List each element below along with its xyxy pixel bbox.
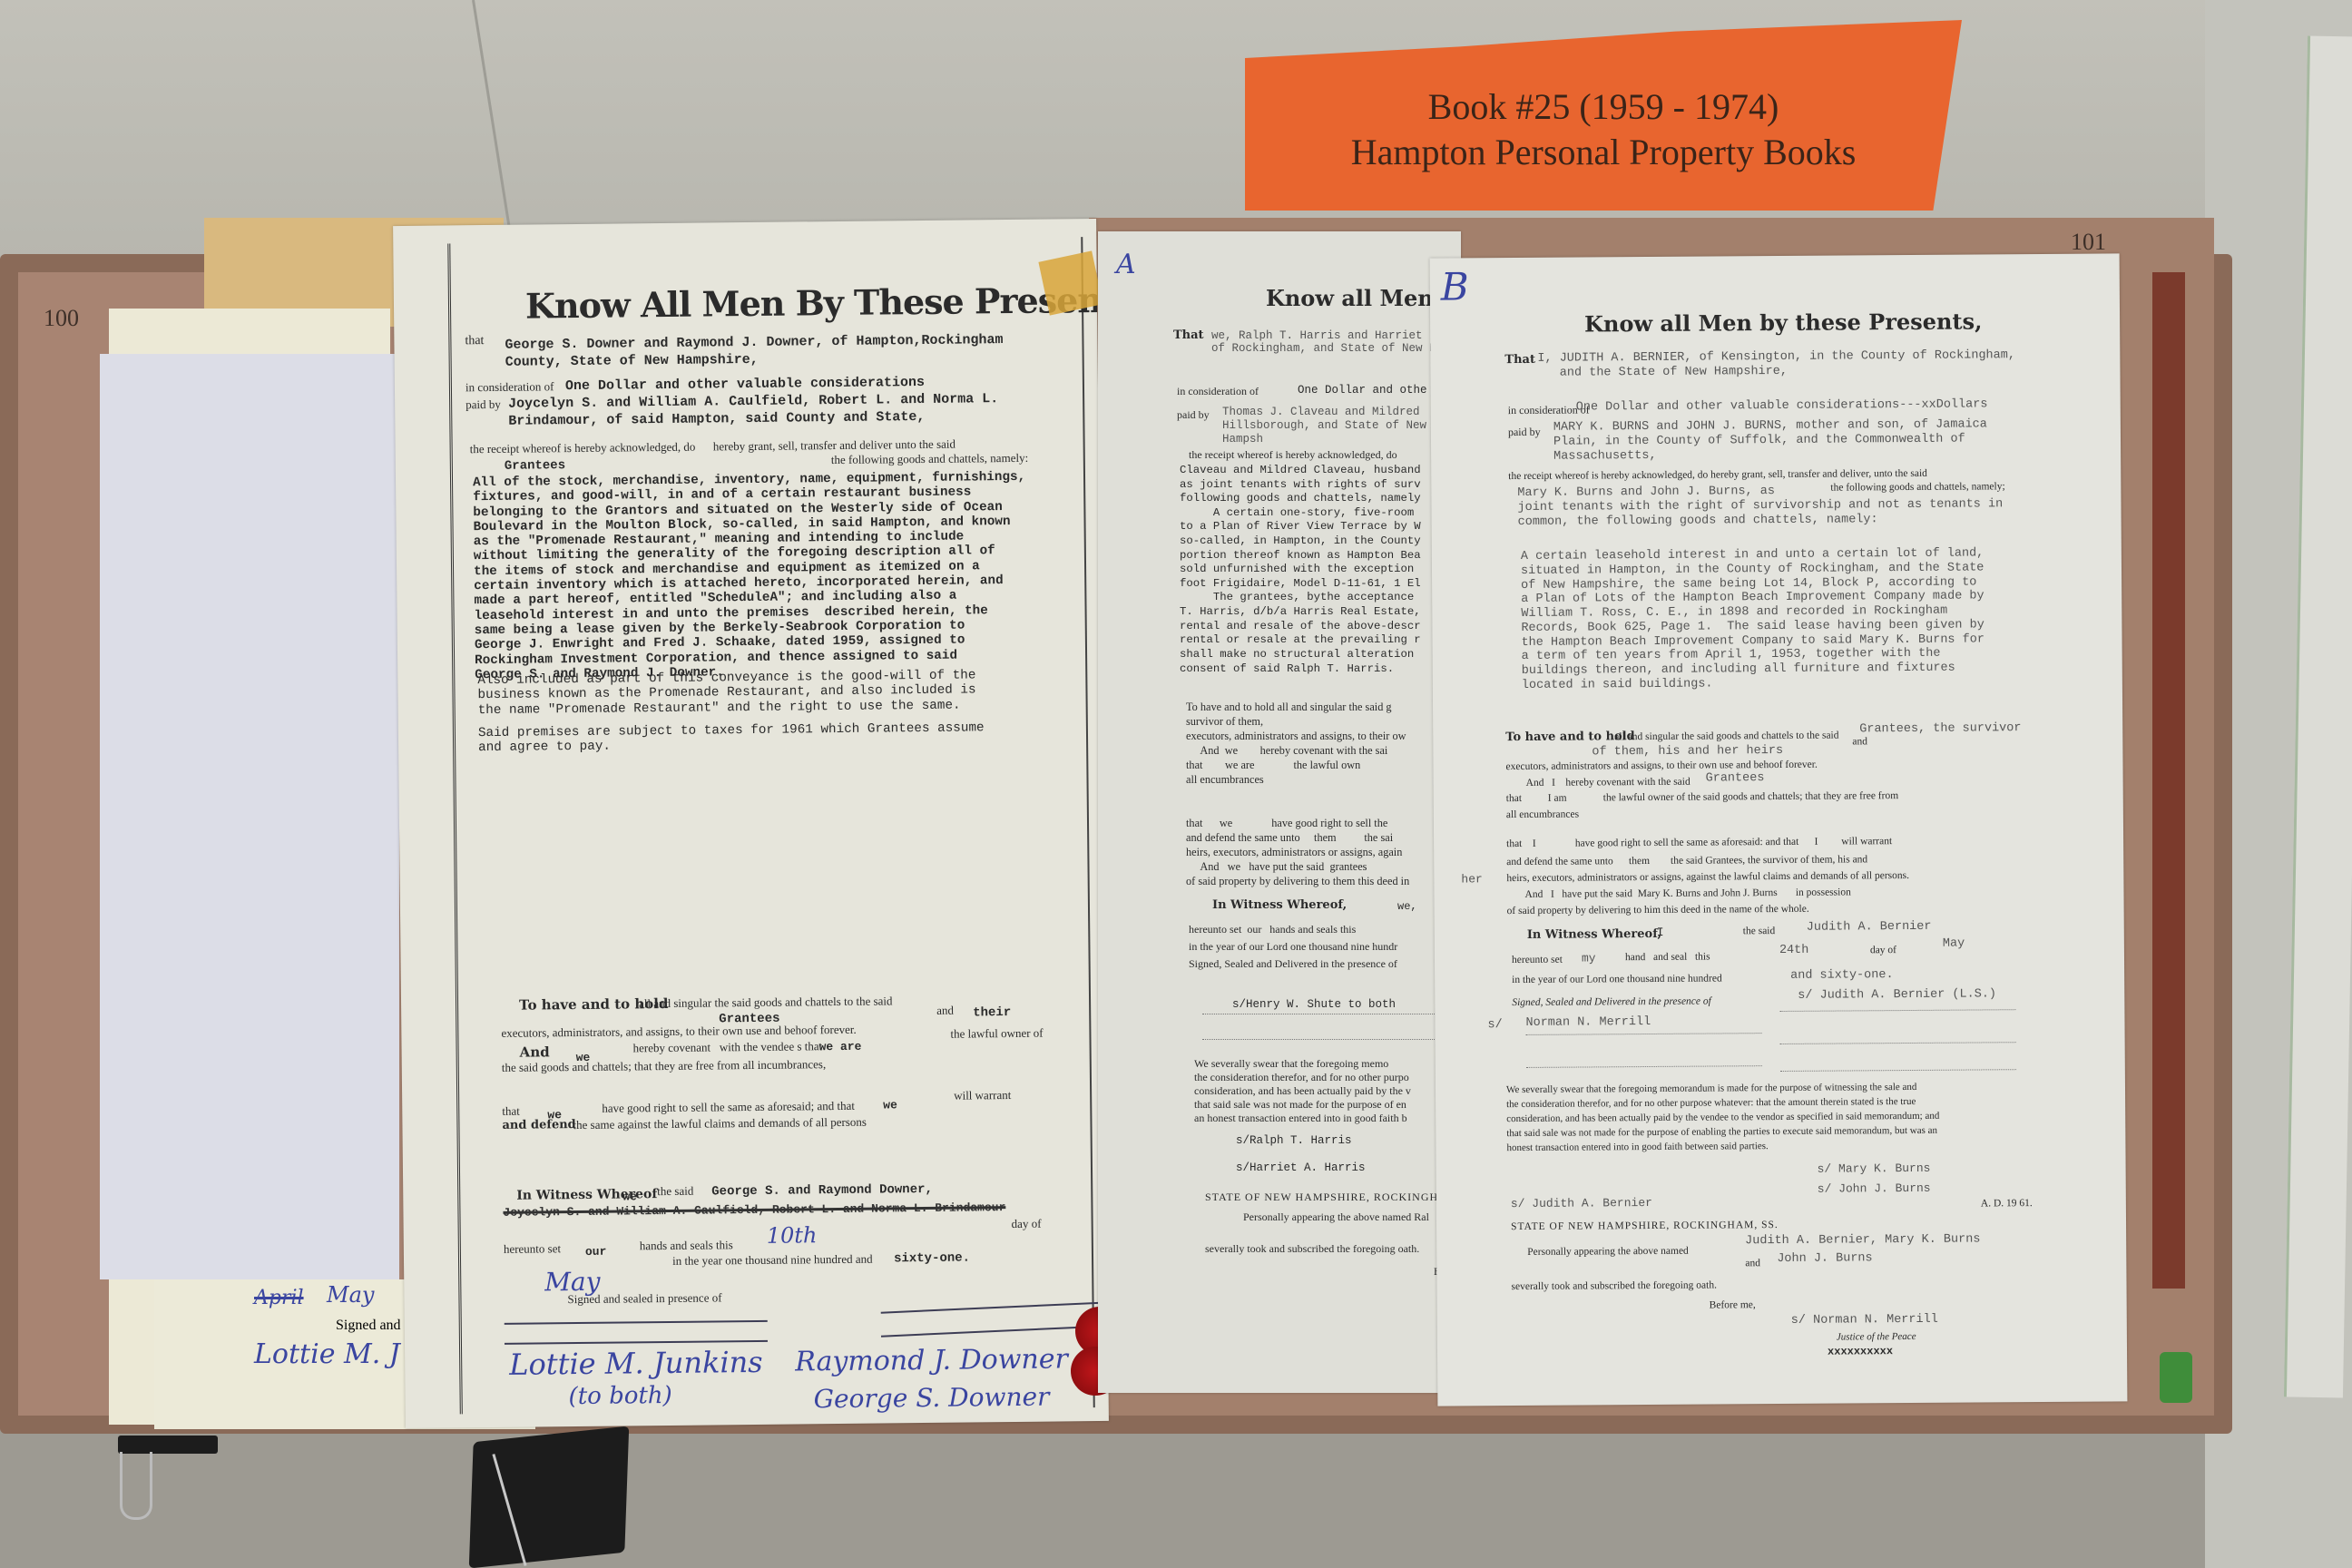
habendum-line2: executors, administrators and assigns, t… <box>1505 759 1817 774</box>
grantees-names: Thomas J. Claveau and Mildred Hillsborou… <box>1222 406 1461 446</box>
oath-took: severally took and subscribed the forego… <box>1205 1243 1419 1256</box>
ad-year: A. D. 19 61. <box>1981 1198 2033 1210</box>
grantor: I, JUDITH A. BERNIER, of Kensington, in … <box>1537 348 2015 382</box>
witness-we: we <box>622 1191 637 1204</box>
grantor-signature: s/ Judith A. Bernier (L.S.) <box>1798 987 1996 1003</box>
property-description: A certain leasehold interest in and unto… <box>1521 546 1984 692</box>
book-label-title: Book #25 (1959 - 1974) <box>1245 85 1962 128</box>
book-label-subtitle: Hampton Personal Property Books <box>1245 131 1962 173</box>
consideration-amount: One Dollar and othe <box>1298 384 1427 397</box>
hand-seal: hand and seal this <box>1625 952 1710 965</box>
paid-by-label: paid by <box>1177 409 1210 422</box>
and-defend: and defend <box>502 1119 575 1133</box>
that-label: that <box>465 334 484 348</box>
habendum-typed2: of them, his and her heirs <box>1592 744 1783 759</box>
hands-seals: hands and seals this <box>640 1239 733 1253</box>
appearing-text: Personally appearing the above named Ral <box>1243 1211 1429 1224</box>
taxes-clause: Said premises are subject to taxes for 1… <box>478 720 985 755</box>
year-text: in the year one thousand nine hundred an… <box>672 1253 873 1269</box>
habendum-clause: To have and to hold all and singular the… <box>1186 701 1409 889</box>
habendum-and: and <box>1852 736 1867 748</box>
signed-sealed-delivered: Signed, Sealed and Delivered in the pres… <box>1512 996 1711 1010</box>
habendum-their: their <box>973 1005 1011 1021</box>
witness-my: my <box>1582 952 1596 965</box>
struck-month: April <box>254 1287 304 1309</box>
left-page-number: 100 <box>44 305 79 332</box>
appearing-name2: John J. Burns <box>1777 1251 1872 1266</box>
consideration-label: in consideration of <box>465 380 554 395</box>
oath-signature-1: s/ Mary K. Burns <box>1818 1162 1931 1177</box>
deed-a-harris: A Know all Men That we, Ralph T. Harris … <box>1098 231 1461 1393</box>
warrant-line: that I have good right to sell the same … <box>1506 836 1892 850</box>
warrant-that: that <box>502 1105 520 1119</box>
state-venue: STATE OF NEW HAMPSHIRE, ROCKINGHA <box>1205 1191 1447 1204</box>
warrant-have: have good right to sell the same as afor… <box>602 1100 855 1116</box>
day-of: day of <box>1870 945 1896 956</box>
witness-prefix: s/ <box>1487 1018 1502 1033</box>
deed-a-title: Know all Men <box>1266 286 1434 311</box>
grantees-word: Grantees <box>505 458 565 474</box>
year-typed: sixty-one. <box>894 1250 970 1266</box>
green-page-tab <box>2160 1352 2192 1403</box>
signed-sealed-label: Signed and sealed in presence of <box>567 1291 721 1307</box>
habendum-her: her <box>1461 873 1483 887</box>
goods-text: the following goods and chattels, namely… <box>831 452 1028 467</box>
witness-names: George S. and Raymond Downer, <box>711 1182 933 1200</box>
grantees-names: MARY K. BURNS and JOHN J. BURNS, mother … <box>1553 417 1987 464</box>
tenancy-clause: joint tenants with the right of survivor… <box>1517 497 2003 530</box>
consideration-amount: One Dollar and other valuable considerat… <box>1576 397 1988 415</box>
grantor-signature-1: s/Ralph T. Harris <box>1236 1134 1352 1147</box>
receipt-text: the receipt whereof is hereby acknowledg… <box>1508 468 1927 483</box>
receipt-text: the receipt whereof is hereby acknowledg… <box>1189 449 1397 462</box>
heirs-line: heirs, executors, administrators or assi… <box>1506 870 1909 885</box>
witness-lead: In Witness Whereof, <box>1212 899 1347 913</box>
binder-clip-left <box>118 1436 218 1454</box>
deed-b-bernier: B Know all Men by these Presents, That I… <box>1430 253 2128 1406</box>
right-page-number: 101 <box>2071 229 2106 256</box>
grantees-line: Mary K. Burns and John J. Burns, as <box>1517 485 1775 500</box>
appearing-text: Personally appearing the above named <box>1527 1246 1689 1259</box>
witness-year: and sixty-one. <box>1790 968 1894 983</box>
defend-line: and defend the same unto them the said G… <box>1506 854 1867 868</box>
struck-notary-title: xxxxxxxxxx <box>1828 1346 1893 1358</box>
witness-we: we, <box>1397 901 1417 914</box>
that-label: That <box>1173 329 1204 343</box>
deed-title: Know All Men By These Presents <box>525 280 1109 327</box>
binder-clip-center <box>469 1426 630 1568</box>
witness-signature-partial: Lottie M. J <box>254 1339 400 1371</box>
consideration-label: in consideration of <box>1177 386 1259 398</box>
deed-promenade-restaurant: Know All Men By These Presents that Geor… <box>393 219 1109 1428</box>
lawful-owner: that I am the lawful owner of the said g… <box>1506 790 1898 805</box>
grantor-signature-2: s/Harriet A. Harris <box>1236 1161 1366 1174</box>
property-description: Claveau and Mildred Claveau, husband as … <box>1180 464 1421 676</box>
grantors: George S. Downer and Raymond J. Downer, … <box>505 332 1003 372</box>
paid-by-label: paid by <box>465 398 501 412</box>
witness-day: 24th <box>1779 944 1809 958</box>
day-of: day of <box>1012 1218 1042 1231</box>
appearing-names: Judith A. Bernier, Mary K. Burns <box>1745 1232 1980 1248</box>
lawful-owner: the lawful owner of <box>950 1027 1043 1042</box>
oath-paragraph: We severally swear that the foregoing me… <box>1506 1081 1940 1156</box>
all-encumbrances: all encumbrances <box>1506 809 1579 822</box>
document-mark-b: B <box>1441 265 1469 309</box>
delivering-line: of said property by delivering to him th… <box>1507 904 1809 918</box>
habendum-and: and <box>936 1004 954 1018</box>
witness-signature: Lottie M. Junkins <box>509 1346 763 1382</box>
signer1-signature: Raymond J. Downer <box>795 1344 1068 1378</box>
justice-signature: s/ Norman N. Merrill <box>1791 1313 1938 1328</box>
tape-fragment <box>1038 250 1102 315</box>
oath-paragraph: We severally swear that the foregoing me… <box>1194 1057 1411 1125</box>
witness-the-said: the said <box>657 1185 693 1199</box>
month-handwritten: May <box>327 1283 374 1308</box>
oath-signature-3: s/ Judith A. Bernier <box>1511 1197 1652 1211</box>
covenant-we-are: we are <box>819 1041 862 1054</box>
witness-lead: In Witness Whereof, <box>1527 928 1661 943</box>
habendum-line1: all and singular the said goods and chat… <box>1614 730 1838 744</box>
hereunto-set: hereunto set <box>1512 955 1563 967</box>
blank-white-insert <box>100 354 399 1279</box>
grantors: we, Ralph T. Harris and Harriet of Rocki… <box>1211 329 1456 356</box>
deed-b-title: Know all Men by these Presents, <box>1584 309 1982 337</box>
witness-month: May <box>1943 937 1965 952</box>
witness-our: our <box>585 1246 607 1259</box>
witness-name: Judith A. Bernier <box>1807 920 1932 935</box>
covenant-and: And <box>520 1044 550 1061</box>
warrant-we2: we <box>883 1099 897 1112</box>
state-venue: STATE OF NEW HAMPSHIRE, ROCKINGHAM, SS. <box>1511 1220 1779 1233</box>
witness-clause: hereunto set our hands and seals this in… <box>1189 921 1397 974</box>
paid-by-label: paid by <box>1508 426 1541 439</box>
year-text: in the year of our Lord one thousand nin… <box>1512 973 1722 986</box>
hereunto-set: hereunto set <box>504 1242 561 1257</box>
day-handwritten: 10th <box>767 1223 818 1249</box>
signer2-signature: George S. Downer <box>813 1383 1049 1415</box>
will-warrant: will warrant <box>954 1089 1011 1103</box>
witness-signature: s/Henry W. Shute to both <box>1232 998 1396 1011</box>
goods-text: the following goods and chattels, namely… <box>1830 481 2004 495</box>
that-label: That <box>1504 354 1535 367</box>
witness-i: I <box>1657 926 1664 940</box>
document-mark-a: A <box>1116 250 1136 281</box>
property-description: All of the stock, merchandise, inventory… <box>473 470 1028 683</box>
oath-signature-2: s/ John J. Burns <box>1818 1182 1931 1197</box>
covenant-text: hereby covenant with the vendee s that <box>633 1040 823 1055</box>
covenant-text: And I hereby covenant with the said <box>1526 777 1690 789</box>
appearing-and: and <box>1745 1258 1760 1269</box>
binder-clip-left-handle <box>120 1452 152 1520</box>
habendum-line1: all and singular the said goods and chat… <box>639 995 893 1011</box>
habendum-typed1: Grantees, the survivor <box>1859 721 2021 737</box>
before-label: Before me, <box>1710 1299 1756 1312</box>
witness-note: (to both) <box>568 1383 671 1411</box>
oath-took: severally took and subscribed the forego… <box>1511 1279 1717 1293</box>
goodwill-clause: Also included as part of this conveyance… <box>477 668 976 718</box>
ledger-spine-edge <box>2152 272 2185 1289</box>
possession-line: And I have put the said Mary K. Burns an… <box>1524 887 1850 901</box>
justice-title: Justice of the Peace <box>1837 1331 1916 1343</box>
witness-signature: Norman N. Merrill <box>1525 1015 1651 1030</box>
grantees-names: Joycelyn S. and William A. Caulfield, Ro… <box>508 391 998 430</box>
covenant-grantees: Grantees <box>1706 771 1765 786</box>
witness-the-said: the said <box>1743 926 1776 937</box>
